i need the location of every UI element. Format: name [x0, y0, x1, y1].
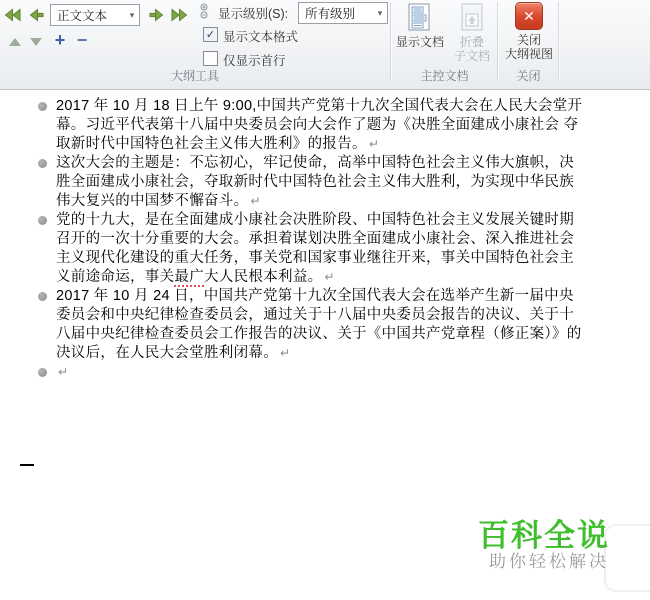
- outline-paragraph[interactable]: 2017 年 10 月 18 日上午 9:00,中国共产党第十九次全国代表大会在…: [36, 97, 588, 154]
- group-label-outline-tools: 大纲工具: [0, 67, 390, 84]
- show-document-button[interactable]: 显示文档: [394, 2, 446, 49]
- watermark-bubble: [604, 524, 650, 592]
- group-separator: [558, 2, 560, 82]
- collapse-subdocuments-icon: [457, 2, 487, 32]
- promote-icon: [29, 8, 44, 22]
- outlining-ribbon: 正文文本 ▾ + −: [0, 0, 650, 90]
- close-outline-view-button[interactable]: ✕ 关闭 大纲视图: [501, 2, 557, 61]
- paragraph-mark-icon: ↵: [250, 194, 260, 208]
- show-level-value: 所有级别: [299, 4, 373, 22]
- close-outline-view-label-line2: 大纲视图: [505, 47, 553, 61]
- paragraph-text: 2017 年 10 月 18 日上午 9:00,中国共产党第十九次全国代表大会在…: [56, 98, 582, 152]
- paragraph-mark-icon: ↵: [280, 346, 290, 360]
- word-outline-view-window: 正文文本 ▾ + −: [0, 0, 650, 600]
- close-icon: ✕: [515, 2, 543, 30]
- promote-to-heading1-icon: [4, 8, 21, 22]
- chevron-down-icon: ▾: [373, 8, 387, 19]
- paragraph-mark-icon: ↵: [58, 365, 68, 379]
- show-document-label: 显示文档: [396, 35, 444, 49]
- collapse-subdocuments-label-line1: 折叠: [460, 35, 484, 49]
- show-level-dropdown[interactable]: 所有级别 ▾: [298, 2, 388, 24]
- outline-paragraph[interactable]: ↵: [36, 363, 588, 382]
- show-text-format-label: 显示文本格式: [223, 27, 298, 45]
- outline-bullet-icon[interactable]: [38, 216, 47, 225]
- outline-level-value: 正文文本: [51, 6, 125, 24]
- group-label-master-document: 主控文档: [392, 67, 497, 84]
- text-cursor: [20, 464, 34, 466]
- close-outline-view-label-line1: 关闭: [517, 33, 541, 47]
- outline-level-dropdown[interactable]: 正文文本 ▾: [50, 4, 140, 26]
- expand-button[interactable]: +: [50, 31, 70, 49]
- collapse-subdocuments-label-line2: 子文档: [454, 49, 490, 63]
- demote-button[interactable]: [146, 6, 166, 24]
- move-down-icon: [30, 38, 42, 46]
- promote-to-heading1-button[interactable]: [2, 6, 22, 24]
- expand-icon: +: [55, 31, 66, 49]
- check-icon: ✓: [206, 28, 215, 41]
- outline-bullet-icon[interactable]: [38, 102, 47, 111]
- paragraph-text: 这次大会的主题是：不忘初心，牢记使命，高举中国特色社会主义伟大旗帜，决胜全面建成…: [56, 155, 574, 209]
- demote-to-bodytext-button[interactable]: [169, 6, 189, 24]
- watermark-subtitle: 助你轻松解决: [489, 547, 609, 572]
- show-level-icon: [199, 3, 214, 24]
- group-label-close: 关闭: [499, 67, 558, 84]
- paragraph-text: 大人民根本利益。: [204, 269, 322, 285]
- promote-button[interactable]: [26, 6, 46, 24]
- spellcheck-underlined-text: 最广: [174, 269, 204, 287]
- outline-bullet-icon[interactable]: [38, 368, 47, 377]
- show-document-icon: [405, 2, 435, 32]
- outline-paragraphs: 2017 年 10 月 18 日上午 9:00,中国共产党第十九次全国代表大会在…: [36, 97, 588, 382]
- demote-to-bodytext-icon: [171, 8, 188, 22]
- show-level-label: 显示级别(S):: [218, 4, 288, 22]
- collapse-icon: −: [77, 31, 88, 49]
- outline-paragraph[interactable]: 2017 年 10 月 24 日，中国共产党第十九次全国代表大会在选举产生新一届…: [36, 287, 588, 363]
- outline-paragraph[interactable]: 这次大会的主题是：不忘初心，牢记使命，高举中国特色社会主义伟大旗帜，决胜全面建成…: [36, 154, 588, 211]
- demote-icon: [149, 8, 164, 22]
- outline-bullet-icon[interactable]: [38, 159, 47, 168]
- outline-paragraph[interactable]: 党的十九大，是在全面建成小康社会决胜阶段、中国特色社会主义发展关键时期召开的一次…: [36, 211, 588, 287]
- paragraph-text: 2017 年 10 月 24 日，中国共产党第十九次全国代表大会在选举产生新一届…: [56, 288, 582, 361]
- move-up-button[interactable]: [5, 33, 25, 51]
- collapse-button[interactable]: −: [72, 31, 92, 49]
- outline-bullet-icon[interactable]: [38, 292, 47, 301]
- paragraph-mark-icon: ↵: [369, 137, 379, 151]
- move-up-icon: [9, 38, 21, 46]
- move-down-button[interactable]: [26, 33, 46, 51]
- show-first-line-only-checkbox[interactable]: [203, 51, 218, 66]
- show-text-format-checkbox[interactable]: ✓: [203, 27, 218, 42]
- chevron-down-icon: ▾: [125, 10, 139, 21]
- paragraph-mark-icon: ↵: [324, 270, 334, 284]
- collapse-subdocuments-button[interactable]: 折叠 子文档: [447, 2, 497, 63]
